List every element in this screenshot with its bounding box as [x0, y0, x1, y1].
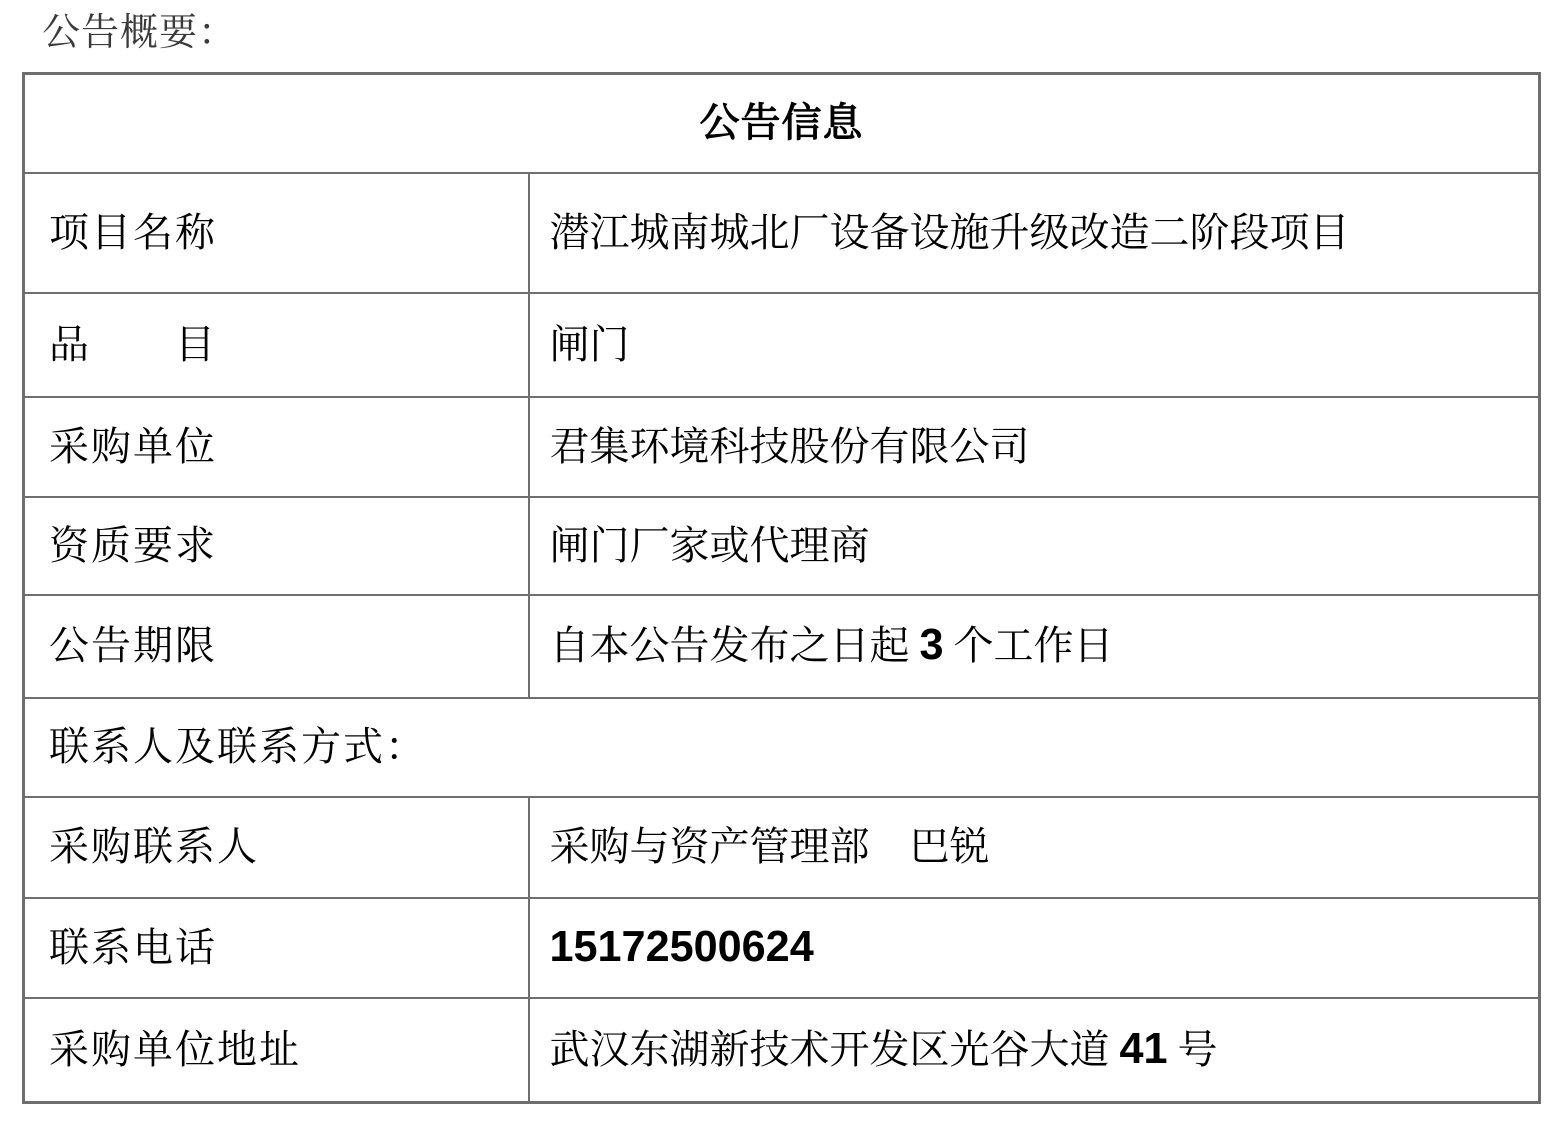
table-row: 资质要求 闸门厂家或代理商 [24, 497, 1540, 595]
table-row: 采购联系人 采购与资产管理部 巴锐 [24, 797, 1540, 898]
row-value-category: 闸门 [529, 293, 1540, 397]
row-value-project-name: 潜江城南城北厂设备设施升级改造二阶段项目 [529, 173, 1540, 293]
row-label-qualification: 资质要求 [24, 497, 529, 595]
row-label-purchasing-unit: 采购单位 [24, 397, 529, 497]
row-label-contact-person: 采购联系人 [24, 797, 529, 898]
contact-section-row: 联系人及联系方式： [24, 698, 1540, 797]
document-page: 公告概要： 公告信息 项目名称 潜江城南城北厂设备设施升级改造二阶段项目 品 目… [0, 0, 1562, 1126]
row-value-announcement-period: 自本公告发布之日起 3 个工作日 [529, 595, 1540, 698]
row-value-purchaser-address: 武汉东湖新技术开发区光谷大道 41 号 [529, 998, 1540, 1103]
table-row: 联系电话 15172500624 [24, 898, 1540, 998]
row-label-purchaser-address: 采购单位地址 [24, 998, 529, 1103]
table-row: 采购单位地址 武汉东湖新技术开发区光谷大道 41 号 [24, 998, 1540, 1103]
row-value-qualification: 闸门厂家或代理商 [529, 497, 1540, 595]
page-heading: 公告概要： [42, 10, 237, 58]
row-value-contact-person: 采购与资产管理部 巴锐 [529, 797, 1540, 898]
table-row: 项目名称 潜江城南城北厂设备设施升级改造二阶段项目 [24, 173, 1540, 293]
announcement-table: 公告信息 项目名称 潜江城南城北厂设备设施升级改造二阶段项目 品 目 闸门 采购… [22, 72, 1541, 1104]
table-title-row: 公告信息 [24, 74, 1540, 173]
table-row: 采购单位 君集环境科技股份有限公司 [24, 397, 1540, 497]
row-value-contact-phone: 15172500624 [529, 898, 1540, 998]
row-label-contact-phone: 联系电话 [24, 898, 529, 998]
row-value-purchasing-unit: 君集环境科技股份有限公司 [529, 397, 1540, 497]
contact-section-label: 联系人及联系方式： [24, 698, 1540, 797]
row-label-announcement-period: 公告期限 [24, 595, 529, 698]
table-title: 公告信息 [24, 74, 1540, 173]
table-row: 公告期限 自本公告发布之日起 3 个工作日 [24, 595, 1540, 698]
row-label-project-name: 项目名称 [24, 173, 529, 293]
row-label-category: 品 目 [24, 293, 529, 397]
table-row: 品 目 闸门 [24, 293, 1540, 397]
